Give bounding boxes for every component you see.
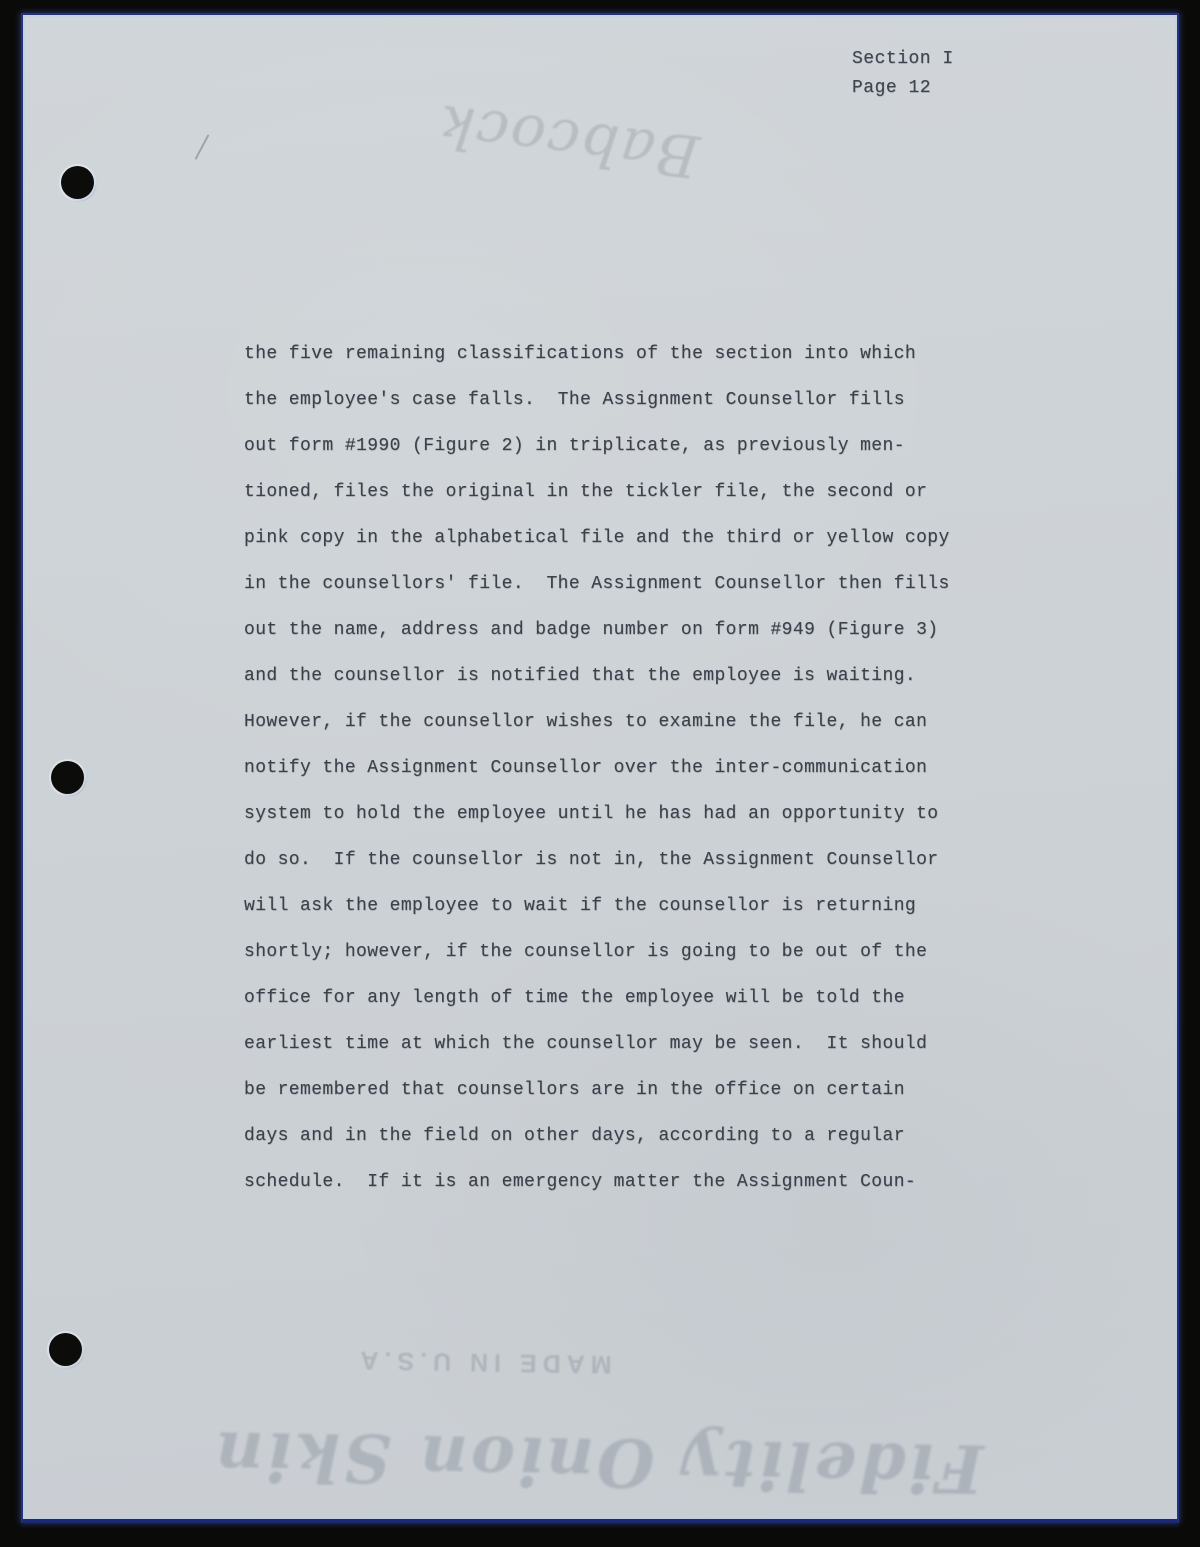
punch-hole-top [61,166,94,199]
page-header: Section I Page 12 [852,45,954,103]
document-page: Babcock Section I Page 12 the five remai… [21,13,1179,1523]
pencil-slash-mark [195,134,210,160]
scanner-background: { "header": { "lines": ["Section I", "Pa… [0,0,1200,1547]
punch-hole-middle [51,761,84,794]
punch-hole-bottom [49,1333,82,1366]
handwritten-signature-upside-down: Babcock [397,61,739,220]
body-text: the five remaining classifications of th… [244,331,989,1205]
watermark-fidelity-onion-skin-upside-down: Fidelity Onion Skin [172,1416,1023,1509]
watermark-made-in-usa-upside-down: MADE IN U.S.A [303,1344,663,1379]
